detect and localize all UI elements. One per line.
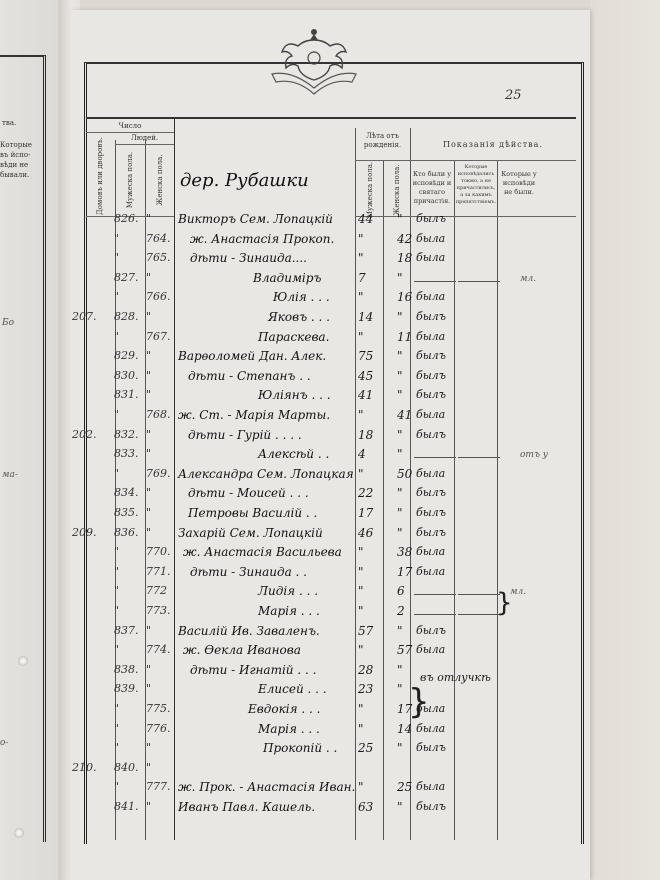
previous-page-note: о- xyxy=(0,738,8,748)
age-male: 17 xyxy=(358,506,373,520)
age-male: " xyxy=(358,467,364,481)
person-name: Владиміръ xyxy=(253,271,321,285)
confession-status: была xyxy=(416,232,445,245)
age-male: " xyxy=(358,780,364,794)
table-row: "771.дѣти - Зинаида . ."17была xyxy=(70,565,590,584)
dash-mark xyxy=(458,614,500,615)
age-male: " xyxy=(358,290,364,304)
brace-young: } xyxy=(496,588,513,618)
confession-status: была xyxy=(416,722,445,735)
confession-status: была xyxy=(416,643,445,656)
person-name: Петровы Василій . . xyxy=(188,506,317,520)
confession-status: былъ xyxy=(416,212,446,225)
previous-page-column-header: Которые въ йспо- вѣди не бывали. xyxy=(0,140,36,180)
brace-absent: } xyxy=(408,682,430,722)
age-male: " xyxy=(358,722,364,736)
person-name: ж. Ѳекла Иванова xyxy=(183,643,301,657)
person-name: Марія . . . xyxy=(258,604,320,618)
female-number: " xyxy=(146,428,151,441)
header-confessed-not-communed: Которые исповѣдались токмо, а не причаст… xyxy=(455,164,497,206)
female-number: " xyxy=(146,486,151,499)
female-number: " xyxy=(146,526,151,539)
female-number: 765. xyxy=(146,251,171,264)
age-male: " xyxy=(358,251,364,265)
table-row: 829."Варѳоломей Дан. Алек.75"былъ xyxy=(70,349,590,368)
person-name: Прокопій . . xyxy=(263,741,337,755)
person-name: Юліянъ . . . xyxy=(258,388,331,402)
table-row: 827."Владиміръ7"мл. xyxy=(70,271,590,290)
person-name: Иванъ Павл. Кашель. xyxy=(178,800,315,814)
table-row: "765.дѣти - Зинаида...."18была xyxy=(70,251,590,270)
male-number: 830. xyxy=(114,369,139,382)
age-female: 6 xyxy=(397,584,405,598)
header-testimony: Показанія дѣйства. xyxy=(410,140,576,149)
age-male: 14 xyxy=(358,310,373,324)
household-number: 210. xyxy=(72,761,97,774)
age-female: 14 xyxy=(397,722,412,736)
male-number: " xyxy=(114,780,119,793)
person-name: ж. Анастасія Прокоп. xyxy=(190,232,334,246)
table-row: "766.Юлія . . ."16была xyxy=(70,290,590,309)
female-number: 766. xyxy=(146,290,171,303)
male-number: 832. xyxy=(114,428,139,441)
confession-status: былъ xyxy=(416,526,446,539)
age-male: " xyxy=(358,643,364,657)
dash-mark xyxy=(414,281,456,282)
female-number: " xyxy=(146,624,151,637)
header-count: Число xyxy=(86,122,174,131)
confession-status: былъ xyxy=(416,428,446,441)
age-male: 4 xyxy=(358,447,366,461)
confession-status: была xyxy=(416,330,445,343)
age-female: " xyxy=(397,486,403,500)
male-number: 838. xyxy=(114,663,139,676)
person-name: дѣти - Степанъ . . xyxy=(188,369,311,383)
dash-mark xyxy=(414,594,456,595)
male-number: 829. xyxy=(114,349,139,362)
male-number: " xyxy=(114,741,119,754)
age-female: " xyxy=(397,212,403,226)
male-number: " xyxy=(114,604,119,617)
confession-status: былъ xyxy=(416,349,446,362)
table-row: ""Прокопій . .25"былъ xyxy=(70,741,590,760)
female-number: " xyxy=(146,271,151,284)
age-male: " xyxy=(358,702,364,716)
female-number: 776. xyxy=(146,722,171,735)
confession-status: была xyxy=(416,290,445,303)
confession-status: былъ xyxy=(416,369,446,382)
table-row: 209.836."Захарій Сем. Лопацкій46"былъ xyxy=(70,526,590,545)
person-name: дѣти - Зинаида . . xyxy=(190,565,307,579)
person-name: Евдокія . . . xyxy=(248,702,320,716)
confession-status: былъ xyxy=(416,800,446,813)
table-row: 826."Викторъ Сем. Лопацкій44"былъ xyxy=(70,212,590,231)
age-female: 57 xyxy=(397,643,412,657)
male-number: 839. xyxy=(114,682,139,695)
female-number: 769. xyxy=(146,467,171,480)
binding-hole xyxy=(18,656,28,666)
person-name: Елисей . . . xyxy=(258,682,327,696)
table-row: 835."Петровы Василій . .17"былъ xyxy=(70,506,590,525)
table-row: 839."Елисей . . .23" xyxy=(70,682,590,701)
confession-status: былъ xyxy=(416,624,446,637)
header-not-confessed: Которые у исповѣди не были. xyxy=(498,170,540,197)
person-name: дѣти - Моисей . . . xyxy=(188,486,309,500)
header-confessed: Кто были у исповѣди и святаго причастія. xyxy=(411,170,453,206)
male-number: " xyxy=(114,584,119,597)
person-name: Викторъ Сем. Лопацкій xyxy=(178,212,333,226)
table-row: 210.840." xyxy=(70,761,590,780)
dash-mark xyxy=(458,281,500,282)
female-number: 764. xyxy=(146,232,171,245)
male-number: " xyxy=(114,408,119,421)
age-female: " xyxy=(397,741,403,755)
female-number: " xyxy=(146,447,151,460)
age-female: 18 xyxy=(397,251,412,265)
previous-page-note: Бо xyxy=(2,318,14,328)
female-number: 767. xyxy=(146,330,171,343)
male-number: 835. xyxy=(114,506,139,519)
male-number: " xyxy=(114,232,119,245)
previous-page-header: тва. xyxy=(2,118,16,128)
female-number: " xyxy=(146,388,151,401)
age-female: 50 xyxy=(397,467,412,481)
age-male: 44 xyxy=(358,212,373,226)
person-name: дѣти - Гурій . . . . xyxy=(188,428,302,442)
age-male: 23 xyxy=(358,682,373,696)
female-number: 772 xyxy=(146,584,167,597)
age-female: " xyxy=(397,624,403,638)
person-name: Яковъ . . . xyxy=(268,310,330,324)
village-name: дер. Рубашки xyxy=(180,170,309,191)
age-male: 46 xyxy=(358,526,373,540)
table-row: "777.ж. Прок. - Анастасія Иван."25была xyxy=(70,780,590,799)
female-number: 775. xyxy=(146,702,171,715)
female-number: " xyxy=(146,349,151,362)
age-female: 42 xyxy=(397,232,412,246)
female-number: " xyxy=(146,682,151,695)
table-row: "764.ж. Анастасія Прокоп."42была xyxy=(70,232,590,251)
person-name: Захарій Сем. Лопацкій xyxy=(178,526,323,540)
table-row: 837."Василій Ив. Заваленъ.57"былъ xyxy=(70,624,590,643)
age-female: " xyxy=(397,447,403,461)
table-row: "776.Марія . . ."14была xyxy=(70,722,590,741)
person-name: Варѳоломей Дан. Алек. xyxy=(178,349,326,363)
confession-status: былъ xyxy=(416,741,446,754)
female-number: " xyxy=(146,310,151,323)
age-male: 45 xyxy=(358,369,373,383)
header-divider xyxy=(86,132,174,133)
previous-page-note: ма- xyxy=(2,470,18,480)
male-number: " xyxy=(114,290,119,303)
table-row: 838."дѣти - Игнатій . . .28"въ отлучкѣ xyxy=(70,663,590,682)
age-female: " xyxy=(397,506,403,520)
female-number: " xyxy=(146,212,151,225)
male-number: " xyxy=(114,722,119,735)
header-age: Лѣта отъ рожденія. xyxy=(355,132,410,150)
table-row: 834."дѣти - Моисей . . .22"былъ xyxy=(70,486,590,505)
background-surface xyxy=(590,0,660,880)
female-number: 771. xyxy=(146,565,171,578)
female-number: " xyxy=(146,663,151,676)
age-male: 63 xyxy=(358,800,373,814)
male-number: 826. xyxy=(114,212,139,225)
male-number: 828. xyxy=(114,310,139,323)
age-female: " xyxy=(397,428,403,442)
household-number: 202. xyxy=(72,428,97,441)
age-female: " xyxy=(397,800,403,814)
female-number: " xyxy=(146,506,151,519)
table-row: 833."Алексѣй . .4"отъ у xyxy=(70,447,590,466)
age-male: " xyxy=(358,545,364,559)
dash-mark xyxy=(414,614,456,615)
table-row: "774.ж. Ѳекла Иванова"57была xyxy=(70,643,590,662)
table-row: 207.828."Яковъ . . .14"былъ xyxy=(70,310,590,329)
male-number: 836. xyxy=(114,526,139,539)
table-row: 830."дѣти - Степанъ . .45"былъ xyxy=(70,369,590,388)
age-female: " xyxy=(397,388,403,402)
age-male: 41 xyxy=(358,388,373,402)
confession-status: была xyxy=(416,467,445,480)
header-people: Людей. xyxy=(115,134,174,143)
male-number: 833. xyxy=(114,447,139,460)
age-female: " xyxy=(397,310,403,324)
header-household: Домовъ или дворовъ. xyxy=(96,136,104,216)
female-number: 774. xyxy=(146,643,171,656)
person-name: Александра Сем. Лопацкая xyxy=(178,467,354,481)
age-female: 2 xyxy=(397,604,405,618)
confession-status: былъ xyxy=(416,506,446,519)
table-row: "770.ж. Анастасія Васильева"38была xyxy=(70,545,590,564)
table-row: "769.Александра Сем. Лопацкая"50была xyxy=(70,467,590,486)
male-number: " xyxy=(114,467,119,480)
female-number: 768. xyxy=(146,408,171,421)
female-number: " xyxy=(146,741,151,754)
age-female: 25 xyxy=(397,780,412,794)
age-male: 28 xyxy=(358,663,373,677)
household-number: 207. xyxy=(72,310,97,323)
table-row: "768.ж. Ст. - Марія Марты."41была xyxy=(70,408,590,427)
male-number: " xyxy=(114,565,119,578)
remark: отъ у xyxy=(520,450,548,460)
dash-mark xyxy=(414,457,456,458)
confession-status: была xyxy=(416,780,445,793)
age-female: 11 xyxy=(397,330,412,344)
header-male: Мужеска пола. xyxy=(126,140,134,220)
table-row: 202.832."дѣти - Гурій . . . .18"былъ xyxy=(70,428,590,447)
binding-hole xyxy=(14,828,24,838)
female-number: 773. xyxy=(146,604,171,617)
age-female: " xyxy=(397,682,403,696)
age-male: 25 xyxy=(358,741,373,755)
male-number: 837. xyxy=(114,624,139,637)
age-female: 16 xyxy=(397,290,412,304)
male-number: " xyxy=(114,330,119,343)
person-name: ж. Анастасія Васильева xyxy=(183,545,342,559)
confession-status: была xyxy=(416,251,445,264)
male-number: 831. xyxy=(114,388,139,401)
age-female: " xyxy=(397,271,403,285)
person-name: дѣти - Зинаида.... xyxy=(190,251,307,265)
confession-status: была xyxy=(416,408,445,421)
age-female: 38 xyxy=(397,545,412,559)
header-rule xyxy=(86,117,576,119)
person-name: Параскева. xyxy=(258,330,329,344)
male-number: 840. xyxy=(114,761,139,774)
age-female: 17 xyxy=(397,565,412,579)
age-male: " xyxy=(358,565,364,579)
age-male: " xyxy=(358,408,364,422)
remark: мл. xyxy=(520,274,536,284)
age-male: " xyxy=(358,232,364,246)
table-row: 831."Юліянъ . . .41"былъ xyxy=(70,388,590,407)
age-male: " xyxy=(358,330,364,344)
age-female: " xyxy=(397,663,403,677)
male-number: " xyxy=(114,545,119,558)
female-number: 770. xyxy=(146,545,171,558)
female-number: " xyxy=(146,761,151,774)
age-male: " xyxy=(358,604,364,618)
table-row: "775.Евдокія . . ."17была xyxy=(70,702,590,721)
register-page: 25 Число Людей. Домовъ или дворовъ. Муже… xyxy=(70,10,590,880)
household-number: 209. xyxy=(72,526,97,539)
age-male: 7 xyxy=(358,271,366,285)
table-row: "767.Параскева."11была xyxy=(70,330,590,349)
age-male: 18 xyxy=(358,428,373,442)
male-number: " xyxy=(114,251,119,264)
male-number: 827. xyxy=(114,271,139,284)
male-number: 841. xyxy=(114,800,139,813)
male-number: " xyxy=(114,702,119,715)
female-number: 777. xyxy=(146,780,171,793)
female-number: " xyxy=(146,369,151,382)
person-name: Лидія . . . xyxy=(258,584,318,598)
person-name: ж. Ст. - Марія Марты. xyxy=(178,408,330,422)
age-female: " xyxy=(397,369,403,383)
age-female: " xyxy=(397,349,403,363)
confession-status: была xyxy=(416,545,445,558)
confession-status: былъ xyxy=(416,486,446,499)
dash-mark xyxy=(458,594,500,595)
table-row: 841."Иванъ Павл. Кашель.63"былъ xyxy=(70,800,590,819)
double-headed-eagle-icon xyxy=(268,28,360,98)
confession-status: былъ xyxy=(416,388,446,401)
person-name: Марія . . . xyxy=(258,722,320,736)
age-female: 41 xyxy=(397,408,412,422)
page-number: 25 xyxy=(505,88,522,103)
header-divider xyxy=(115,144,174,145)
confession-status: былъ xyxy=(416,310,446,323)
age-male: " xyxy=(358,584,364,598)
person-name: ж. Прок. - Анастасія Иван. xyxy=(178,780,355,794)
person-name: дѣти - Игнатій . . . xyxy=(190,663,316,677)
person-name: Василій Ив. Заваленъ. xyxy=(178,624,320,638)
header-female: Женска пола. xyxy=(156,140,164,220)
female-number: " xyxy=(146,800,151,813)
person-name: Юлія . . . xyxy=(273,290,330,304)
male-number: 834. xyxy=(114,486,139,499)
previous-page: тва. Которые въ йспо- вѣди не бывали. Бо… xyxy=(0,0,62,880)
dash-mark xyxy=(458,457,500,458)
age-male: 57 xyxy=(358,624,373,638)
age-male: 22 xyxy=(358,486,373,500)
age-male: 75 xyxy=(358,349,373,363)
person-name: Алексѣй . . xyxy=(258,447,329,461)
confession-status: была xyxy=(416,565,445,578)
age-female: " xyxy=(397,526,403,540)
male-number: " xyxy=(114,643,119,656)
header-divider xyxy=(355,160,576,161)
